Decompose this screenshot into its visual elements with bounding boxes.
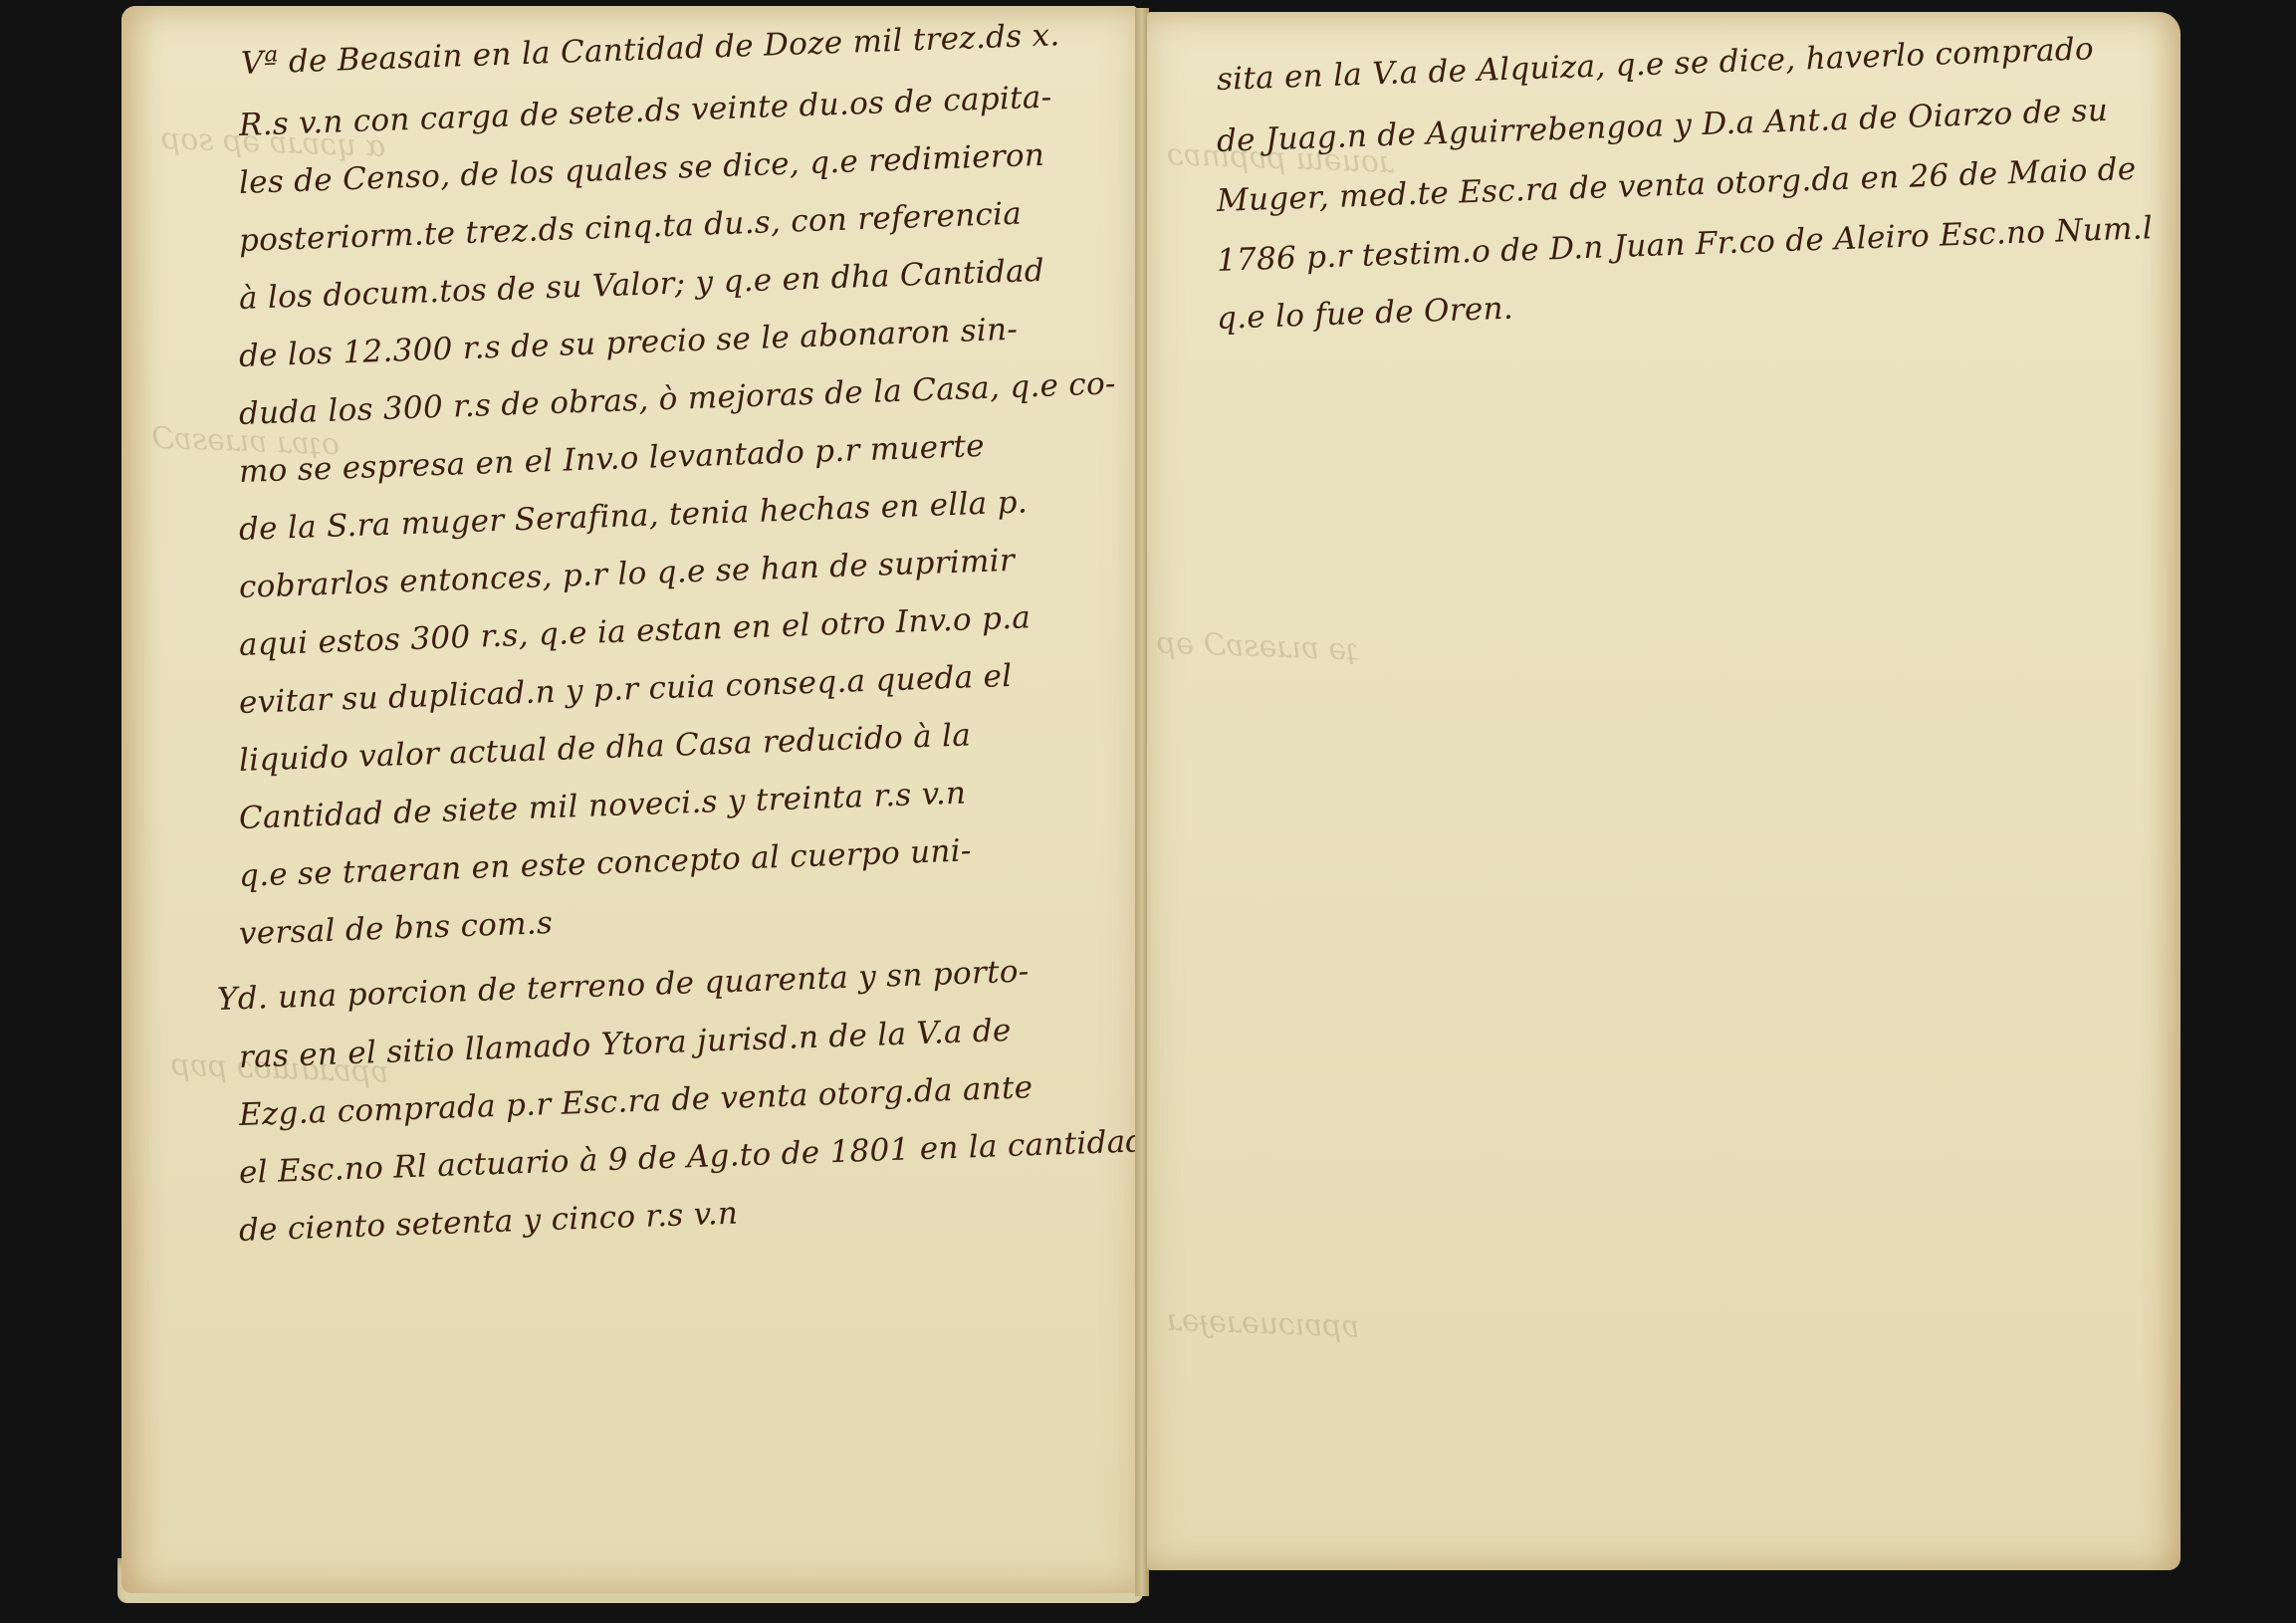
manuscript-line: de la S.ra muger Serafina, tenia hechas … <box>238 484 1028 548</box>
manuscript-line: R.s v.n con carga de sete.ds veinte du.o… <box>238 80 1052 143</box>
bleed-through-text: ɐpɐıɔuǝɹǝɟǝɹ <box>1166 1303 1360 1345</box>
manuscript-line: evitar su duplicad.n y p.r cuia conseq.a… <box>238 658 1013 721</box>
manuscript-line: sita en la V.a de Alquiza, q.e se dice, … <box>1216 31 2094 98</box>
manuscript-line: de los 12.300 r.s de su precio se le abo… <box>238 312 1018 374</box>
manuscript-line: cobrarlos entonces, p.r lo q.e se han de… <box>238 543 1015 605</box>
manuscript-line: 1786 p.r testim.o de D.n Juan Fr.co de A… <box>1216 210 2153 279</box>
bleed-through-text: ʇǝ ɐıɹǝsɐƆ ǝp <box>1156 625 1358 667</box>
manuscript-line: duda los 300 r.s de obras, ò mejoras de … <box>238 365 1116 432</box>
manuscript-line: el Esc.no Rl actuario à 9 de Ag.to de 18… <box>238 1123 1137 1191</box>
left-page: ɑ ɥɔɐɹɐ ǝp sop oʇɐɹ ɐıɹǝsɐƆ ɐpɐɹdɯoɔ pɐp… <box>121 6 1137 1593</box>
manuscript-line: posteriorm.te trez.ds cinq.ta du.s, con … <box>238 196 1022 259</box>
manuscript-line: q.e se traeran en este concepto al cuerp… <box>238 832 972 894</box>
manuscript-line: liquido valor actual de dha Casa reducid… <box>238 717 971 779</box>
manuscript-line: de Juag.n de Aguirrebengoa y D.a Ant.a d… <box>1216 93 2108 159</box>
manuscript-line: ras en el sitio llamado Ytora jurisd.n d… <box>238 1013 1012 1075</box>
manuscript-line: versal de bns com.s <box>238 905 553 952</box>
manuscript-line: à los docum.tos de su Valor; y q.e en dh… <box>238 253 1044 317</box>
right-page: ɹouǝɯ pɐpınɐɔ ʇǝ ɐıɹǝsɐƆ ǝp ɐpɐıɔuǝɹǝɟǝɹ… <box>1147 12 2181 1570</box>
manuscript-spread: ɑ ɥɔɐɹɐ ǝp sop oʇɐɹ ɐıɹǝsɐƆ ɐpɐɹdɯoɔ pɐp… <box>0 0 2296 1623</box>
manuscript-line: de ciento setenta y cinco r.s v.n <box>238 1196 738 1249</box>
manuscript-line: Vª de Beasain en la Cantidad de Doze mil… <box>240 17 1060 82</box>
manuscript-line: Cantidad de siete mil noveci.s y treinta… <box>238 776 966 836</box>
manuscript-line: Yd. una porcion de terreno de quarenta y… <box>216 954 1030 1018</box>
manuscript-line: mo se espresa en el Inv.o levantado p.r … <box>238 428 985 490</box>
manuscript-line: q.e lo fue de Oren. <box>1216 291 1513 337</box>
manuscript-line: aqui estos 300 r.s, q.e ia estan en el o… <box>238 599 1031 663</box>
